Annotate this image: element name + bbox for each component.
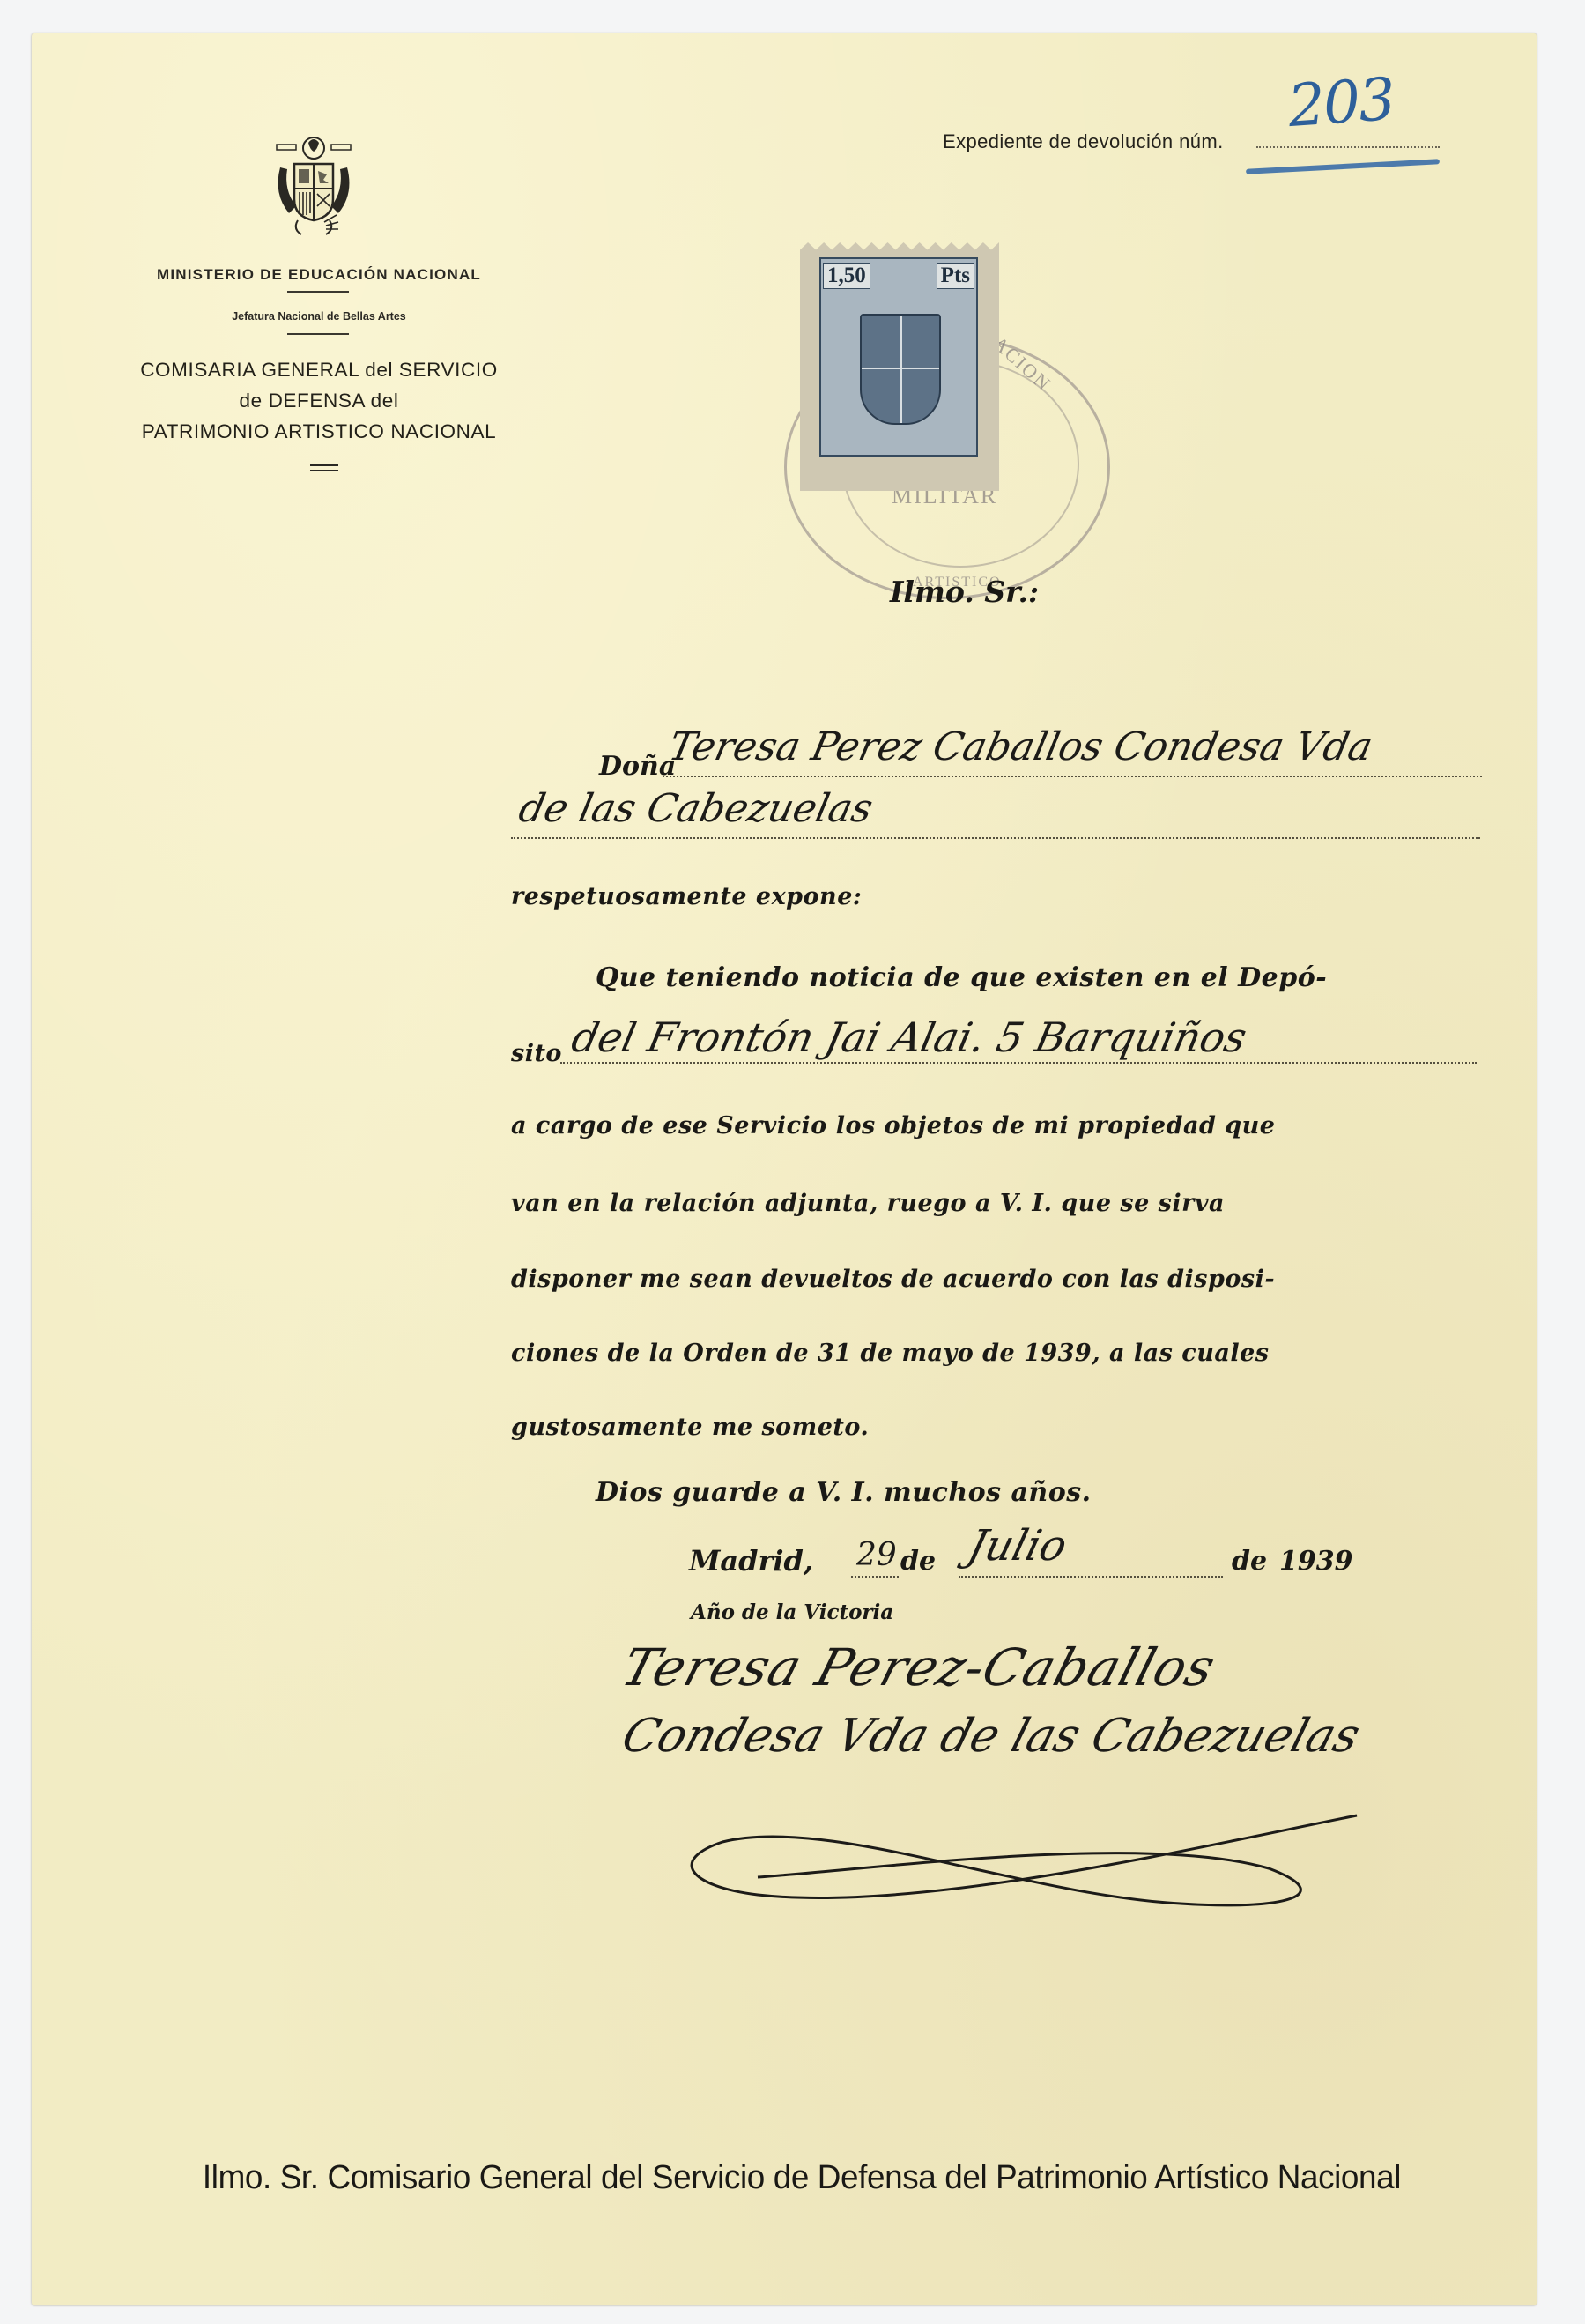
body-line: van en la relación adjunta, ruego a V. I…: [511, 1190, 1225, 1217]
expediente-label: Expediente de devolución núm.: [943, 130, 1224, 153]
signature-line-1: Teresa Perez-Caballos: [615, 1637, 1222, 1697]
date-day: 29: [856, 1537, 897, 1573]
body-line: sito: [511, 1040, 562, 1067]
stamp-value: 1,50: [823, 263, 870, 289]
expediente-number-field: [1256, 146, 1440, 148]
office-line-1: COMISARIA GENERAL del SERVICIO: [123, 354, 515, 385]
date-de: de: [1232, 1546, 1267, 1577]
ministry-heading: MINISTERIO DE EDUCACIÓN NACIONAL: [132, 266, 506, 284]
deposit-handwritten: del Frontón Jai Alai. 5 Barquiños: [567, 1014, 1250, 1061]
divider: [287, 291, 349, 293]
petitioner-name-handwritten-2: de las Cabezuelas: [515, 786, 877, 831]
office-line-3: PATRIMONIO ARTISTICO NACIONAL: [123, 416, 515, 447]
date-month: Julio: [963, 1521, 1072, 1570]
date-year: 1939: [1279, 1546, 1353, 1577]
signature-line-2: Condesa Vda de las Cabezuelas: [616, 1710, 1366, 1763]
revenue-stamp: 1,50 Pts: [819, 257, 978, 457]
era-label: Año de la Victoria: [691, 1600, 893, 1624]
petitioner-name-handwritten: Teresa Perez Caballos Condesa Vda: [665, 724, 1377, 769]
double-rule-ornament: [310, 464, 338, 471]
addressee-footer: Ilmo. Sr. Comisario General del Servicio…: [195, 2159, 1408, 2197]
body-line: ciones de la Orden de 31 de mayo de 1939…: [511, 1340, 1269, 1367]
date-de: de: [900, 1546, 936, 1577]
closing-formula: Dios guarde a V. I. muchos años.: [596, 1477, 1092, 1508]
deposit-field: [560, 1062, 1477, 1064]
office-heading: COMISARIA GENERAL del SERVICIO de DEFENS…: [123, 354, 515, 447]
signature-flourish: [652, 1798, 1374, 1912]
petitioner-name-field: [663, 776, 1482, 777]
stamp-currency: Pts: [937, 263, 974, 289]
expediente-number: 203: [1285, 65, 1396, 140]
body-intro: respetuosamente expone:: [511, 883, 862, 910]
department-heading: Jefatura Nacional de Bellas Artes: [132, 310, 506, 323]
date-month-field: [959, 1576, 1223, 1578]
body-line: disponer me sean devueltos de acuerdo co…: [511, 1266, 1275, 1293]
body-line: a cargo de ese Servicio los objetos de m…: [511, 1112, 1275, 1140]
stamp-shield-icon: [860, 314, 941, 425]
date-day-field: [851, 1576, 899, 1578]
body-line: Que teniendo noticia de que existen en e…: [596, 962, 1327, 993]
salutation: Ilmo. Sr.:: [890, 575, 1039, 609]
divider: [287, 333, 349, 335]
office-line-2: de DEFENSA del: [123, 385, 515, 416]
petitioner-name-field-2: [511, 837, 1480, 839]
body-line: gustosamente me someto.: [511, 1414, 869, 1441]
date-city: Madrid,: [689, 1544, 813, 1578]
coat-of-arms-icon: [271, 132, 356, 236]
